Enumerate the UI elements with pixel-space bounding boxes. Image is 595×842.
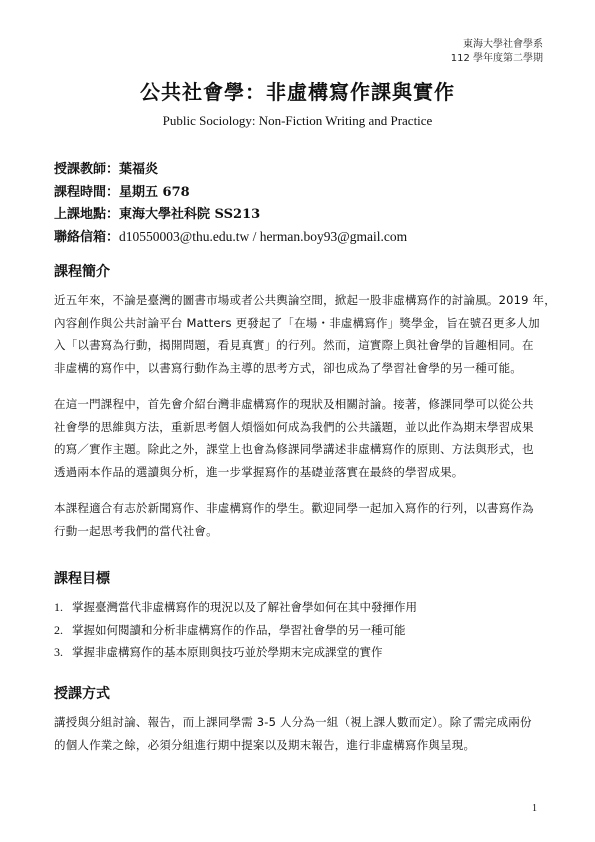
info-label: 上課地點： (54, 207, 119, 222)
goal-item: 3.掌握非虛構寫作的基本原則與技巧並於學期末完成課堂的實作 (54, 641, 549, 664)
section-intro: 課程簡介 近五年來，不論是臺灣的圖書市場或者公共輿論空間，掀起一股非虛構寫作的討… (54, 263, 549, 556)
paragraph-line: 非虛構的寫作中，以書寫行動作為主導的思考方式，卻也成為了學習社會學的另一種可能。 (54, 357, 549, 380)
contact-row: 聯絡信箱：d10550003@thu.edu.tw / herman.boy93… (54, 226, 407, 249)
paragraph-line: 在這一門課程中，首先會介紹台灣非虛構寫作的現狀及相關討論。接著，修課同學可以從公… (54, 393, 549, 416)
instructor-name: 葉福炎 (119, 162, 158, 177)
course-info: 授課教師：葉福炎 課程時間：星期五 678 上課地點：東海大學社科院 SS213… (54, 158, 407, 248)
paragraph-line: 社會學的思維與方法，重新思考個人煩惱如何成為我們的公共議題，並以此作為期末學習成… (54, 416, 549, 439)
intro-paragraph-2: 在這一門課程中，首先會介紹台灣非虛構寫作的現狀及相關討論。接著，修課同學可以從公… (54, 393, 549, 483)
contact-emails: d10550003@thu.edu.tw / herman.boy93@gmai… (119, 229, 407, 244)
list-number: 3. (54, 641, 72, 664)
page-number: 1 (532, 803, 537, 814)
intro-paragraph-1: 近五年來，不論是臺灣的圖書市場或者公共輿論空間，掀起一股非虛構寫作的討論風。20… (54, 289, 549, 379)
paragraph-line: 近五年來，不論是臺灣的圖書市場或者公共輿論空間，掀起一股非虛構寫作的討論風。20… (54, 289, 549, 312)
paragraph-line: 講授與分組討論、報告，而上課同學需 3-5 人分為一組（視上課人數而定）。除了需… (54, 711, 549, 734)
paragraph-line: 內容創作與公共討論平台 Matters 更發起了「在場・非虛構寫作」獎學金，旨在… (54, 312, 549, 335)
paragraph-line: 透過兩本作品的選讀與分析，進一步掌握寫作的基礎並落實在最終的學習成果。 (54, 461, 549, 484)
section-heading: 課程目標 (54, 570, 549, 588)
page-subtitle: Public Sociology: Non-Fiction Writing an… (0, 113, 595, 129)
paragraph-line: 本課程適合有志於新聞寫作、非虛構寫作的學生。歡迎同學一起加入寫作的行列，以書寫作… (54, 497, 549, 520)
schedule-row: 課程時間：星期五 678 (54, 181, 407, 204)
schedule-value: 星期五 678 (119, 185, 190, 200)
list-number: 1. (54, 596, 72, 619)
info-label: 授課教師： (54, 162, 119, 177)
goal-text: 掌握如何閱讀和分析非虛構寫作的作品，學習社會學的另一種可能 (72, 623, 406, 637)
instructor-row: 授課教師：葉福炎 (54, 158, 407, 181)
section-heading: 課程簡介 (54, 263, 549, 281)
info-label: 課程時間： (54, 185, 119, 200)
intro-paragraph-3: 本課程適合有志於新聞寫作、非虛構寫作的學生。歡迎同學一起加入寫作的行列，以書寫作… (54, 497, 549, 542)
goal-text: 掌握臺灣當代非虛構寫作的現況以及了解社會學如何在其中發揮作用 (72, 600, 417, 614)
goal-text: 掌握非虛構寫作的基本原則與技巧並於學期末完成課堂的實作 (72, 645, 383, 659)
location-value: 東海大學社科院 SS213 (119, 207, 260, 222)
list-number: 2. (54, 619, 72, 642)
goal-item: 2.掌握如何閱讀和分析非虛構寫作的作品，學習社會學的另一種可能 (54, 619, 549, 642)
page-header: 東海大學社會學系 112 學年度第二學期 (451, 38, 543, 66)
page-title: 公共社會學：非虛構寫作課與實作 (0, 76, 595, 105)
paragraph-line: 行動一起思考我們的當代社會。 (54, 520, 549, 543)
paragraph-line: 入「以書寫為行動，揭開問題，看見真實」的行列。然而，這實際上與社會學的旨趣相同。… (54, 334, 549, 357)
section-heading: 授課方式 (54, 685, 549, 703)
section-goals: 課程目標 1.掌握臺灣當代非虛構寫作的現況以及了解社會學如何在其中發揮作用 2.… (54, 570, 549, 664)
department-label: 東海大學社會學系 (451, 38, 543, 52)
goal-item: 1.掌握臺灣當代非虛構寫作的現況以及了解社會學如何在其中發揮作用 (54, 596, 549, 619)
location-row: 上課地點：東海大學社科院 SS213 (54, 203, 407, 226)
info-label: 聯絡信箱： (54, 230, 119, 245)
paragraph-line: 的寫／實作主題。除此之外，課堂上也會為修課同學講述非虛構寫作的原則、方法與形式，… (54, 438, 549, 461)
paragraph-line: 的個人作業之餘，必須分組進行期中提案以及期末報告，進行非虛構寫作與呈現。 (54, 734, 549, 757)
semester-label: 112 學年度第二學期 (451, 52, 543, 66)
section-method: 授課方式 講授與分組討論、報告，而上課同學需 3-5 人分為一組（視上課人數而定… (54, 685, 549, 756)
